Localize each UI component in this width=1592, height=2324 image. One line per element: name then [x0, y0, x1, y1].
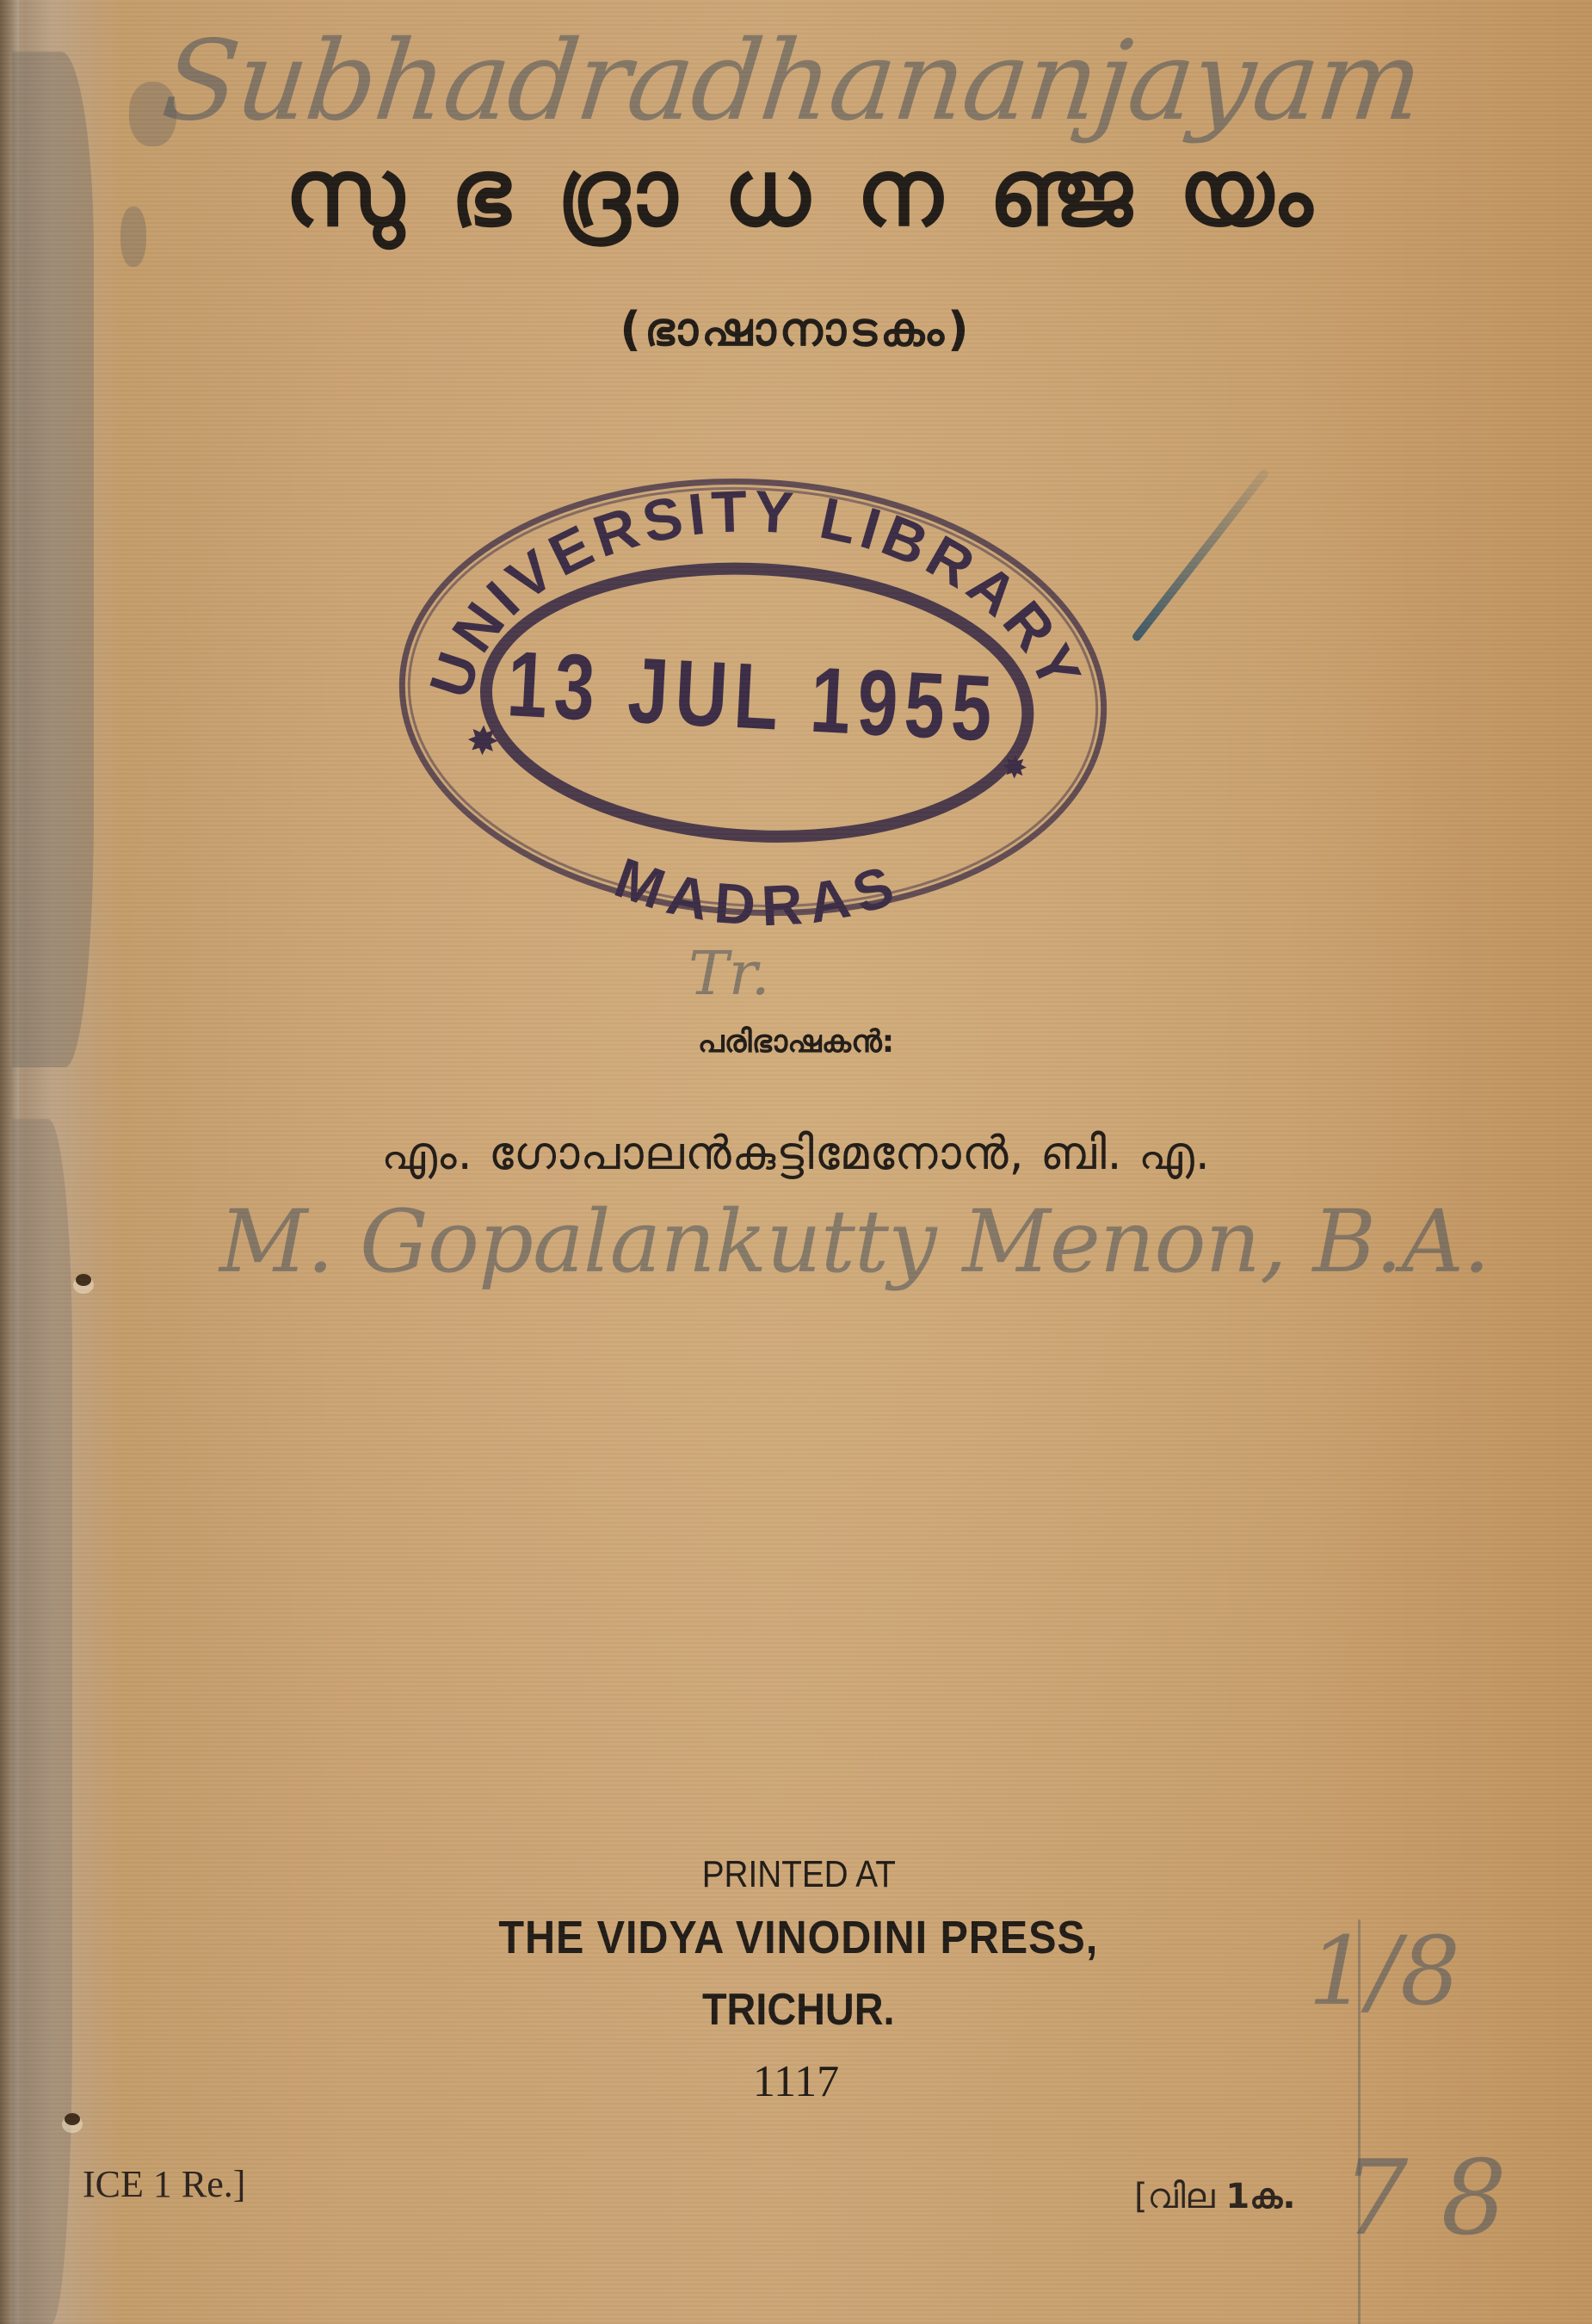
pencil-mark-bottom: 7 8	[1342, 2135, 1507, 2264]
paper-hole	[76, 1274, 91, 1286]
translator-label: പരിഭാഷകൻ:	[0, 1021, 1592, 1064]
pencil-title-annotation: Subhadradhananjayam	[157, 17, 1496, 146]
price-malayalam: [വില 1ക.	[1134, 2171, 1296, 2222]
book-subtitle: (ഭാഷാനാടകം)	[0, 300, 1592, 360]
pencil-tr-annotation: Tr.	[688, 938, 770, 1009]
library-stamp: UNIVERSITY LIBRARY MADRAS ✸ ✸ 13 JUL 195…	[376, 453, 1130, 941]
water-stain	[12, 1119, 72, 2324]
svg-text:MADRAS: MADRAS	[606, 836, 912, 945]
blue-ink-mark	[1131, 467, 1270, 642]
printed-at-label: PRINTED AT	[98, 1849, 1540, 1901]
paper-hole	[65, 2113, 80, 2125]
price-malayalam-amount: 1ക.	[1225, 2177, 1295, 2216]
publication-year: 1117	[0, 2052, 1592, 2112]
price-english: ICE 1 Re.]	[83, 2159, 245, 2210]
title-page: Subhadradhananjayam സുഭദ്രാധനഞ്ജയം (ഭാഷാ…	[0, 0, 1592, 2324]
book-title: സുഭദ്രാധനഞ്ജയം	[0, 138, 1592, 250]
price-malayalam-label: [വില	[1134, 2177, 1225, 2216]
pencil-translator-annotation: M. Gopalankutty Menon, B.A.	[219, 1186, 1490, 1298]
pencil-mark-top: 1/8	[1308, 1911, 1460, 2031]
translator-name: എം. ഗോപാലൻകുട്ടിമേനോൻ, ബി. എ.	[0, 1119, 1592, 1188]
